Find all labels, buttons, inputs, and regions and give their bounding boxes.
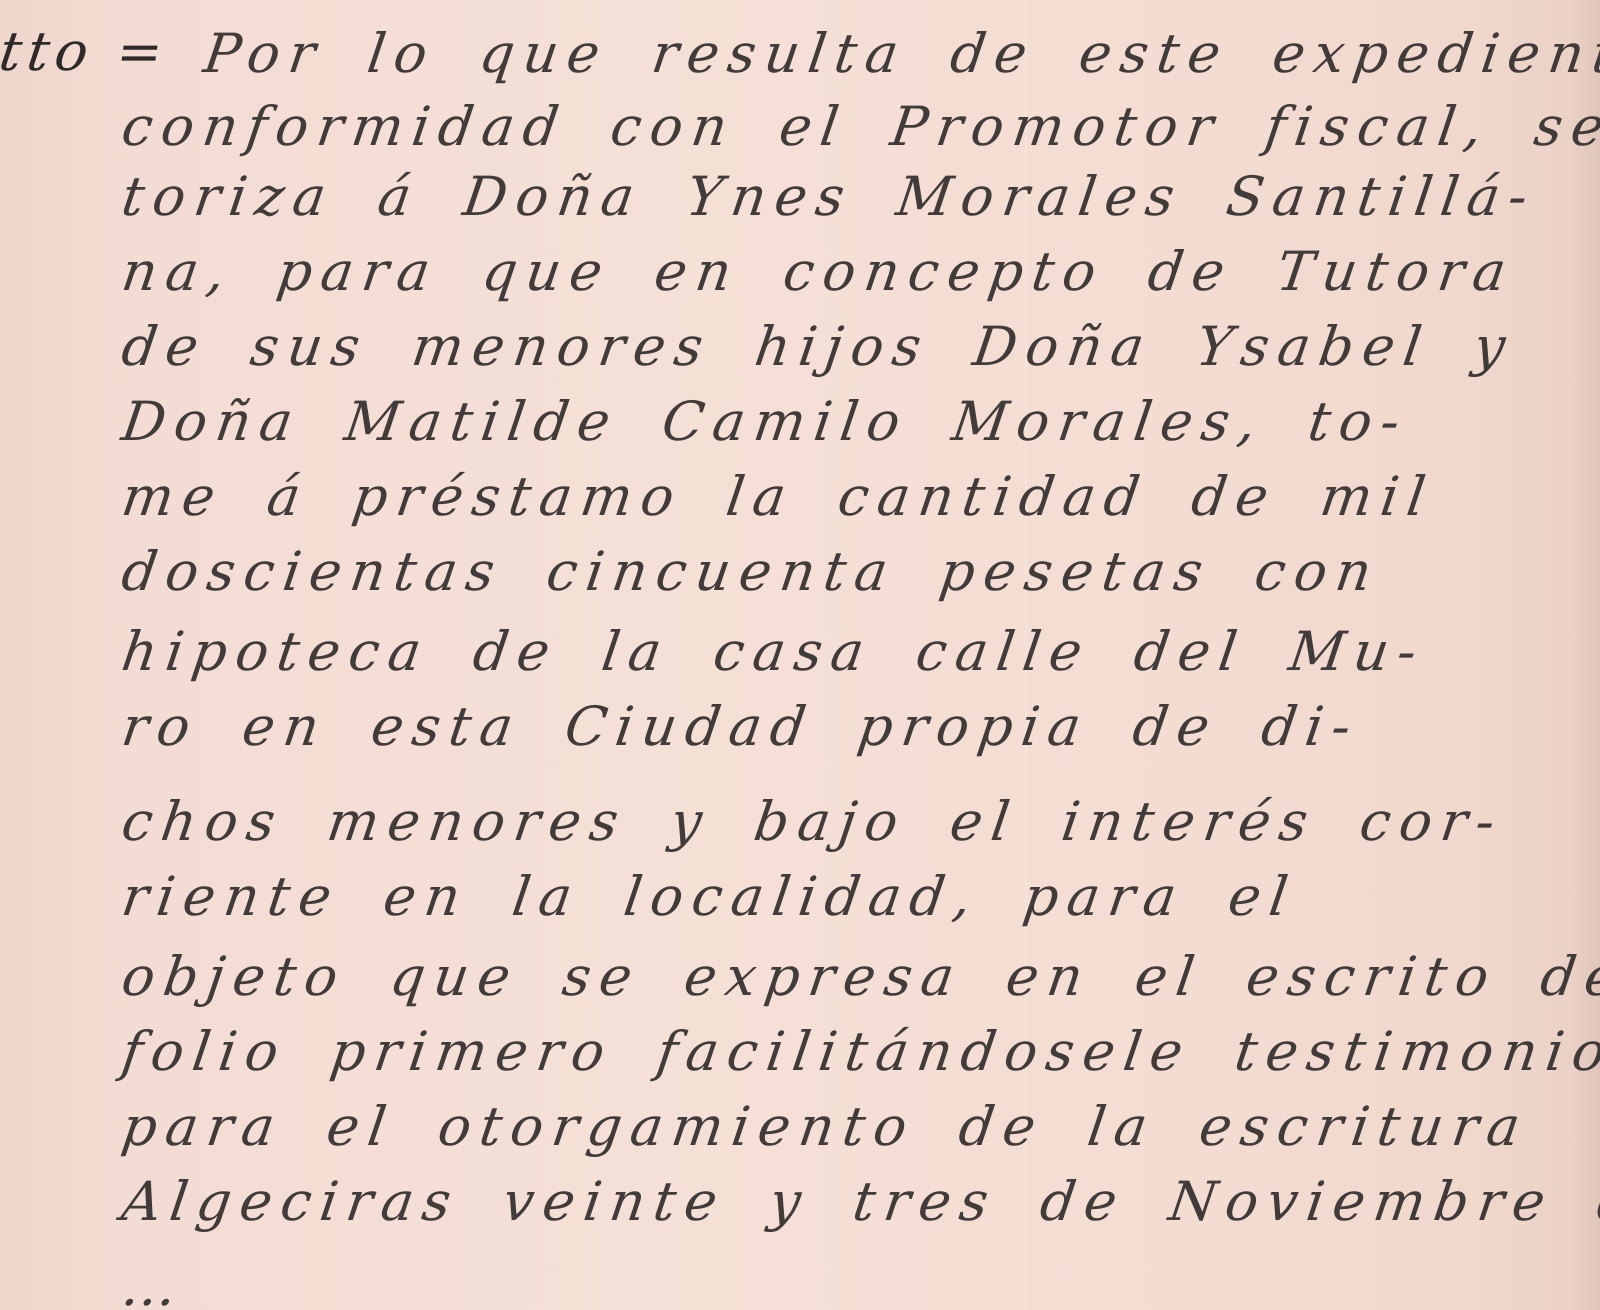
text-line-8: doscientas cincuenta pesetas con (118, 540, 1384, 603)
text-line-3: toriza á Doña Ynes Morales Santillá- (118, 165, 1540, 228)
text-line-12: riente en la localidad, para el (118, 865, 1301, 928)
text-line-6: Doña Matilde Camilo Morales, to- (118, 390, 1413, 453)
text-line-13: objeto que se expresa en el escrito del (118, 945, 1600, 1008)
text-line-2: conformidad con el Promotor fiscal, se a… (118, 95, 1600, 158)
text-line-9: hipoteca de la casa calle del Mu- (118, 620, 1429, 683)
paper-edge (1570, 0, 1600, 1310)
text-line-4: na, para que en concepto de Tutora (118, 240, 1519, 303)
margin-note: tto = (0, 20, 173, 83)
manuscript-page: tto = Por lo que resulta de este expedie… (0, 0, 1600, 1310)
text-line-15: para el otorgamiento de la escritura (118, 1095, 1533, 1158)
text-line-16: Algeciras veinte y tres de Noviembre de (118, 1170, 1600, 1233)
text-line-7: me á préstamo la cantidad de mil (118, 465, 1438, 528)
text-line-1: Por lo que resulta de este expediente, y… (200, 22, 1600, 85)
text-line-5: de sus menores hijos Doña Ysabel y (118, 315, 1518, 378)
text-line-10: ro en esta Ciudad propia de di- (118, 695, 1364, 758)
text-line-14: folio primero facilitándosele testimonio (118, 1020, 1600, 1083)
text-line-11: chos menores y bajo el interés cor- (118, 790, 1508, 853)
text-line-17: … (118, 1255, 190, 1310)
